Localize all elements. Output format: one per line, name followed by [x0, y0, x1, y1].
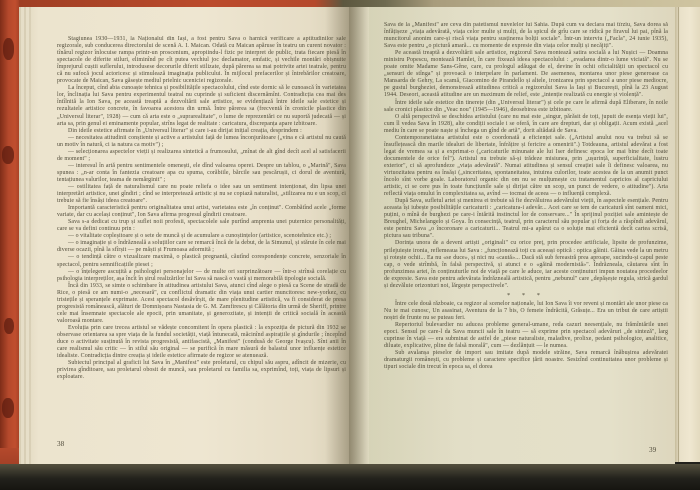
- paragraph: Sub avalanșa pieselor de import sau imit…: [384, 350, 668, 371]
- page-edges-left: [19, 7, 31, 468]
- page-right: Sava de la „Manifest" are ceva din patet…: [349, 7, 675, 468]
- section-separator: * * *: [384, 292, 668, 299]
- paragraph: — selecționarea aspectelor vieții și rea…: [57, 149, 346, 163]
- paragraph: — o tendință către o vizualizare maximă,…: [57, 254, 346, 268]
- paragraph: Între ideile sale estetice din tinerețe …: [384, 100, 668, 114]
- paragraph: — o vitalitate copleșitoare și o sete de…: [57, 233, 346, 240]
- right-page-text-bottom: Între cele două războaie, ca regizor al …: [384, 301, 668, 371]
- page-number-right: 39: [649, 446, 656, 454]
- left-page-text: Stagiunea 1930—1931, la Naționalul din I…: [57, 36, 346, 432]
- book-photo: Stagiunea 1930—1931, la Naționalul din I…: [0, 0, 700, 490]
- paragraph: La început, cînd abia cunoaște tehnica ș…: [57, 85, 346, 127]
- paragraph: Repertoriul bulevardier nu aducea proble…: [384, 322, 668, 350]
- paragraph: După Sava, sufletul artei și menirea ei …: [384, 198, 668, 240]
- cover-mark: [3, 38, 14, 60]
- paragraph: Stagiunea 1930—1931, la Naționalul din I…: [57, 36, 346, 85]
- page-left: Stagiunea 1930—1931, la Naționalul din I…: [19, 7, 349, 468]
- paragraph: Pe această treaptă a dezvoltării sale ar…: [384, 50, 668, 99]
- paragraph: Din ideile estetice afirmate în „Univers…: [57, 128, 346, 135]
- right-page-text-top: Sava de la „Manifest" are ceva din patet…: [384, 22, 668, 290]
- paragraph: Sava s-a dedicat cu trup și suflet noii …: [57, 219, 346, 233]
- page-number-left: 38: [57, 440, 64, 448]
- paragraph: Între cele două războaie, ca regizor al …: [384, 301, 668, 322]
- cover-mark: [2, 146, 14, 164]
- cover-mark: [4, 318, 14, 334]
- paragraph: — interesul în artă pentru sentimentele …: [57, 163, 346, 184]
- paragraph: O altă perspectivă se deschidea artistul…: [384, 114, 668, 135]
- paragraph: Sava de la „Manifest" are ceva din patet…: [384, 22, 668, 50]
- paragraph: Contemporaneitatea artistului este o coo…: [384, 135, 668, 198]
- right-page-text: Sava de la „Manifest" are ceva din patet…: [384, 22, 668, 446]
- paragraph: Evoluția prin care trecea artistul se vă…: [57, 325, 346, 360]
- paragraph: — necesitatea atitudinii conștiente și a…: [57, 135, 346, 149]
- paragraph: Încă din 1933, se simte o schimbare în a…: [57, 283, 346, 325]
- book-cover-spine: [0, 0, 19, 490]
- paragraph: — o înțelegere ascuțită a psihologiei pe…: [57, 269, 346, 283]
- paragraph: Dorința unora de a deveni artiști „origi…: [384, 240, 668, 289]
- table-shadow: [0, 464, 700, 490]
- page-edges-right: [675, 7, 700, 462]
- paragraph: — o imaginație și o îndrăzneală a soluți…: [57, 240, 346, 254]
- cover-mark: [2, 398, 14, 418]
- page-edge-line: [678, 7, 679, 462]
- paragraph: Subiectul principal al graficii lui Sava…: [57, 360, 346, 381]
- paragraph: — ostilitatea față de naturalismul care …: [57, 184, 346, 205]
- paragraph: Importantă caracteristică pentru origina…: [57, 205, 346, 219]
